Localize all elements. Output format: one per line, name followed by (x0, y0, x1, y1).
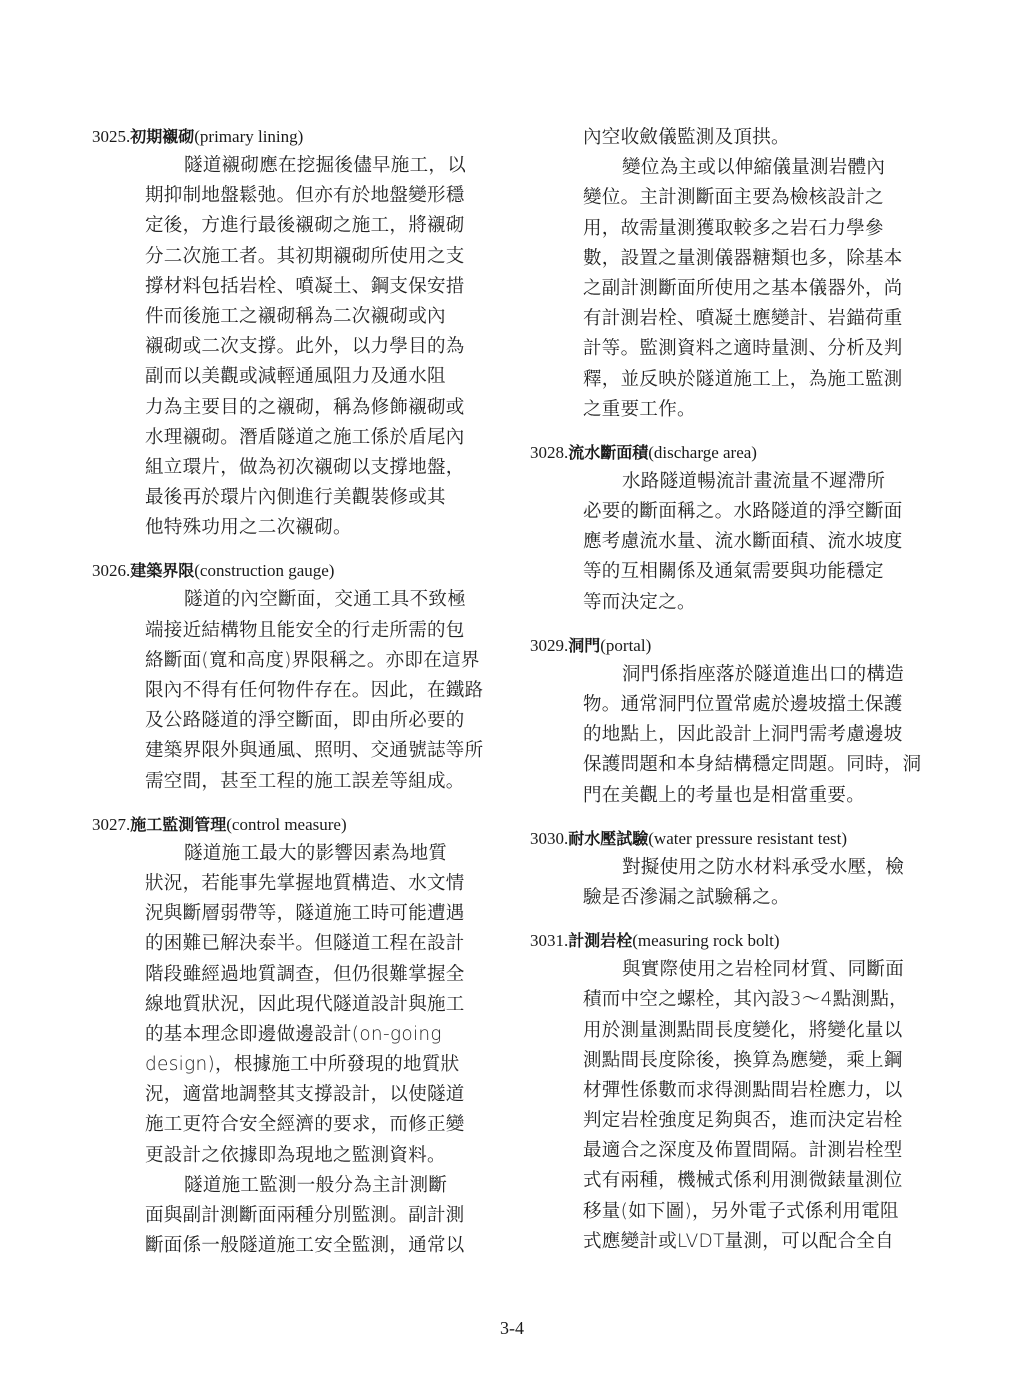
glossary-entry: 3026.建築界限(construction gauge)隧道的內空斷面，交通工… (92, 557, 502, 796)
entry-number: 3031. (530, 931, 568, 950)
text-line: 隧道襯砌應在挖掘後儘早施工，以 (145, 151, 502, 181)
text-line: 狀況，若能事先掌握地質構造、水文情 (145, 869, 502, 899)
entry-number: 3027. (92, 815, 130, 834)
entry-title-en: (measuring rock bolt) (632, 931, 779, 950)
text-line: 階段雖經過地質調查，但仍很難掌握全 (145, 960, 502, 990)
text-line: 用於測量測點間長度變化，將變化量以 (583, 1016, 940, 1046)
entry-heading: 3027.施工監測管理(control measure) (92, 811, 502, 839)
text-line: 需空間，甚至工程的施工誤差等組成。 (145, 767, 502, 797)
entry-title-en: (water pressure resistant test) (648, 829, 847, 848)
text-line: 之重要工作。 (583, 395, 940, 425)
entry-title-en: (discharge area) (648, 443, 757, 462)
text-line: 端接近結構物且能安全的行走所需的包 (145, 616, 502, 646)
entry-title-zh: 洞門 (568, 636, 600, 655)
text-line: 他特殊功用之二次襯砌。 (145, 513, 502, 543)
continued-text: 內空收斂儀監測及頂拱。變位為主或以伸縮儀量測岩體內變位。主計測斷面主要為檢核設計… (530, 123, 940, 425)
paragraph: 與實際使用之岩栓同材質、同斷面積而中空之螺栓，其內設3～4點測點，用於測量測點間… (583, 955, 940, 1257)
paragraph: 隧道襯砌應在挖掘後儘早施工，以期抑制地盤鬆弛。但亦有於地盤變形穩定後，方進行最後… (145, 151, 502, 543)
text-line: 變位。主計測斷面主要為檢核設計之 (583, 183, 940, 213)
entry-heading: 3031.計測岩栓(measuring rock bolt) (530, 927, 940, 955)
text-line: 驗是否滲漏之試驗稱之。 (583, 883, 940, 913)
text-line: 施工更符合安全經濟的要求，而修正變 (145, 1110, 502, 1140)
text-line: 最後再於環片內側進行美觀裝修或其 (145, 483, 502, 513)
text-line: 測點間長度除後，換算為應變，乘上鋼 (583, 1046, 940, 1076)
text-line: 絡斷面(寬和高度)界限稱之。亦即在這界 (145, 646, 502, 676)
glossary-entry: 3025.初期襯砌(primary lining)隧道襯砌應在挖掘後儘早施工，以… (92, 123, 502, 543)
text-line: 分二次施工者。其初期襯砌所使用之支 (145, 242, 502, 272)
entry-title-en: (primary lining) (194, 127, 303, 146)
text-line: 積而中空之螺栓，其內設3～4點測點， (583, 985, 940, 1015)
entry-heading: 3026.建築界限(construction gauge) (92, 557, 502, 585)
text-line: 釋，並反映於隧道施工上，為施工監測 (583, 365, 940, 395)
text-line: 對擬使用之防水材料承受水壓，檢 (583, 853, 940, 883)
text-line: 式有兩種，機械式係利用測微錶量測位 (583, 1166, 940, 1196)
text-line: 組立環片，做為初次襯砌以支撐地盤， (145, 453, 502, 483)
text-line: 況與斷層弱帶等，隧道施工時可能遭遇 (145, 899, 502, 929)
entry-title-en: (portal) (600, 636, 651, 655)
text-line: design)，根據施工中所發現的地質狀 (145, 1050, 502, 1080)
text-line: 之副計測斷面所使用之基本儀器外，尚 (583, 274, 940, 304)
text-line: 的困難已解決泰半。但隧道工程在設計 (145, 929, 502, 959)
text-line: 等的互相關係及通氣需要與功能穩定 (583, 557, 940, 587)
text-line: 隧道的內空斷面，交通工具不致極 (145, 585, 502, 615)
text-line: 線地質狀況，因此現代隧道設計與施工 (145, 990, 502, 1020)
text-line: 隧道施工最大的影響因素為地質 (145, 839, 502, 869)
glossary-entry: 3029.洞門(portal)洞門係指座落於隧道進出口的構造物。通常洞門位置常處… (530, 632, 940, 811)
paragraph: 水路隧道暢流計畫流量不遲滯所必要的斷面稱之。水路隧道的淨空斷面應考慮流水量、流水… (583, 467, 940, 618)
entry-heading: 3028.流水斷面積(discharge area) (530, 439, 940, 467)
text-line: 門在美觀上的考量也是相當重要。 (583, 781, 940, 811)
entry-title-zh: 計測岩栓 (568, 931, 632, 950)
text-line: 襯砌或二次支撐。此外，以力學目的為 (145, 332, 502, 362)
text-line: 定後，方進行最後襯砌之施工，將襯砌 (145, 211, 502, 241)
entry-title-zh: 流水斷面積 (568, 443, 648, 462)
text-line: 的地點上，因此設計上洞門需考慮邊坡 (583, 720, 940, 750)
text-line: 期抑制地盤鬆弛。但亦有於地盤變形穩 (145, 181, 502, 211)
text-line: 材彈性係數而求得測點間岩栓應力，以 (583, 1076, 940, 1106)
text-line: 力為主要目的之襯砌，稱為修飾襯砌或 (145, 393, 502, 423)
text-line: 計等。監測資料之適時量測、分析及判 (583, 334, 940, 364)
text-line: 洞門係指座落於隧道進出口的構造 (583, 660, 940, 690)
text-line: 斷面係一般隧道施工安全監測，通常以 (145, 1231, 502, 1261)
entry-title-zh: 建築界限 (130, 561, 194, 580)
glossary-entry: 3027.施工監測管理(control measure)隧道施工最大的影響因素為… (92, 811, 502, 1262)
text-line: 副而以美觀或減輕通風阻力及通水阻 (145, 362, 502, 392)
text-line: 移量(如下圖)，另外電子式係利用電阻 (583, 1197, 940, 1227)
text-line: 的基本理念即邊做邊設計(on-going (145, 1020, 502, 1050)
text-line: 限內不得有任何物件存在。因此，在鐵路 (145, 676, 502, 706)
paragraph: 洞門係指座落於隧道進出口的構造物。通常洞門位置常處於邊坡擋土保護的地點上，因此設… (583, 660, 940, 811)
entry-title-zh: 初期襯砌 (130, 127, 194, 146)
text-line: 面與副計測斷面兩種分別監測。副計測 (145, 1201, 502, 1231)
entry-title-en: (construction gauge) (194, 561, 334, 580)
text-line: 隧道施工監測一般分為主計測斷 (145, 1171, 502, 1201)
entry-heading: 3030.耐水壓試驗(water pressure resistant test… (530, 825, 940, 853)
glossary-entry: 3028.流水斷面積(discharge area)水路隧道暢流計畫流量不遲滯所… (530, 439, 940, 618)
paragraph: 對擬使用之防水材料承受水壓，檢驗是否滲漏之試驗稱之。 (583, 853, 940, 913)
entry-heading: 3029.洞門(portal) (530, 632, 940, 660)
entry-number: 3026. (92, 561, 130, 580)
text-line: 有計測岩栓、噴凝土應變計、岩錨荷重 (583, 304, 940, 334)
entry-title-zh: 耐水壓試驗 (568, 829, 648, 848)
text-line: 式應變計或LVDT量測，可以配合全自 (583, 1227, 940, 1257)
text-line: 變位為主或以伸縮儀量測岩體內 (583, 153, 940, 183)
text-line: 必要的斷面稱之。水路隧道的淨空斷面 (583, 497, 940, 527)
entry-title-en: (control measure) (226, 815, 346, 834)
entry-number: 3030. (530, 829, 568, 848)
text-line: 況，適當地調整其支撐設計，以使隧道 (145, 1080, 502, 1110)
paragraph: 隧道施工最大的影響因素為地質狀況，若能事先掌握地質構造、水文情況與斷層弱帶等，隧… (145, 839, 502, 1171)
text-line: 數，設置之量測儀器糖類也多，除基本 (583, 244, 940, 274)
left-column: 3025.初期襯砌(primary lining)隧道襯砌應在挖掘後儘早施工，以… (92, 123, 502, 1275)
paragraph: 隧道施工監測一般分為主計測斷面與副計測斷面兩種分別監測。副計測斷面係一般隧道施工… (145, 1171, 502, 1262)
paragraph: 隧道的內空斷面，交通工具不致極端接近結構物且能安全的行走所需的包絡斷面(寬和高度… (145, 585, 502, 796)
text-line: 與實際使用之岩栓同材質、同斷面 (583, 955, 940, 985)
text-line: 保護問題和本身結構穩定問題。同時，洞 (583, 750, 940, 780)
text-line: 及公路隧道的淨空斷面，即由所必要的 (145, 706, 502, 736)
glossary-entry: 3031.計測岩栓(measuring rock bolt)與實際使用之岩栓同材… (530, 927, 940, 1257)
page-number: 3-4 (0, 1318, 1024, 1339)
paragraph: 變位為主或以伸縮儀量測岩體內變位。主計測斷面主要為檢核設計之用，故需量測獲取較多… (583, 153, 940, 425)
text-line: 用，故需量測獲取較多之岩石力學參 (583, 214, 940, 244)
entry-heading: 3025.初期襯砌(primary lining) (92, 123, 502, 151)
glossary-entry: 3030.耐水壓試驗(water pressure resistant test… (530, 825, 940, 913)
text-line: 物。通常洞門位置常處於邊坡擋土保護 (583, 690, 940, 720)
right-column: 內空收斂儀監測及頂拱。變位為主或以伸縮儀量測岩體內變位。主計測斷面主要為檢核設計… (530, 123, 940, 1271)
entry-title-zh: 施工監測管理 (130, 815, 226, 834)
text-line: 建築界限外與通風、照明、交通號誌等所 (145, 736, 502, 766)
text-line: 內空收斂儀監測及頂拱。 (583, 123, 940, 153)
entry-number: 3025. (92, 127, 130, 146)
text-line: 判定岩栓強度足夠與否，進而決定岩栓 (583, 1106, 940, 1136)
text-line: 等而決定之。 (583, 588, 940, 618)
text-line: 件而後施工之襯砌稱為二次襯砌或內 (145, 302, 502, 332)
text-line: 水路隧道暢流計畫流量不遲滯所 (583, 467, 940, 497)
text-line: 應考慮流水量、流水斷面積、流水坡度 (583, 527, 940, 557)
text-line: 水理襯砌。潛盾隧道之施工係於盾尾內 (145, 423, 502, 453)
text-line: 撐材料包括岩栓、噴凝土、鋼支保安措 (145, 272, 502, 302)
text-line: 更設計之依據即為現地之監測資料。 (145, 1141, 502, 1171)
entry-number: 3029. (530, 636, 568, 655)
text-line: 最適合之深度及佈置間隔。計測岩栓型 (583, 1136, 940, 1166)
paragraph: 內空收斂儀監測及頂拱。 (583, 123, 940, 153)
entry-number: 3028. (530, 443, 568, 462)
